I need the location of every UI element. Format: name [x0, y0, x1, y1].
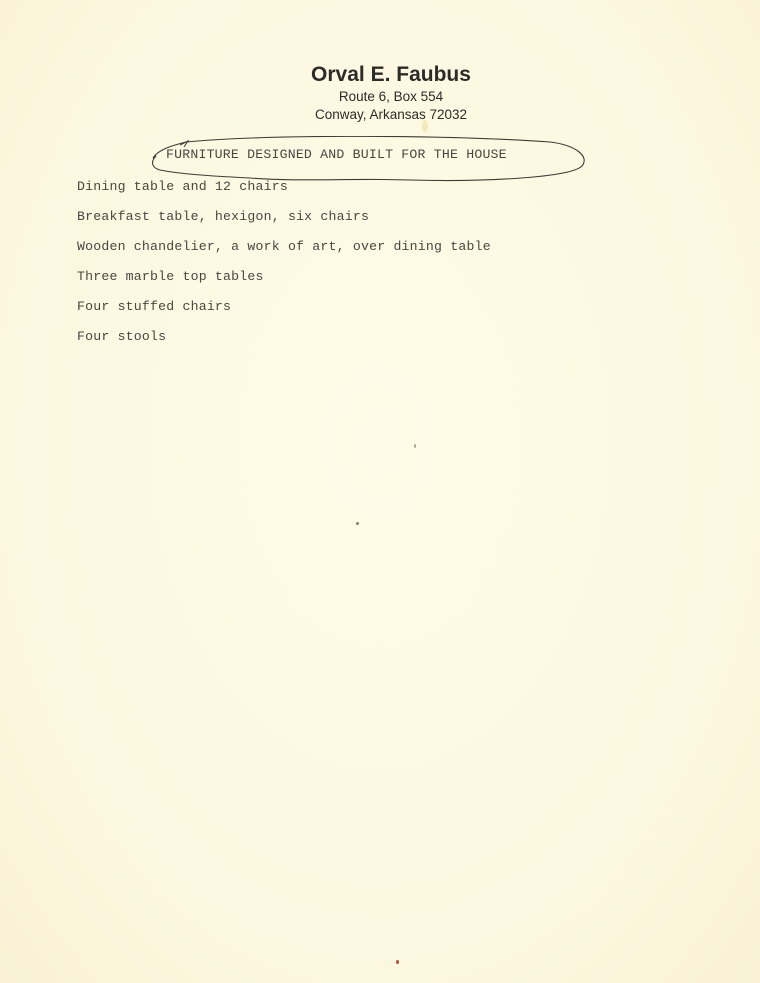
- list-item: Wooden chandelier, a work of art, over d…: [77, 238, 491, 268]
- document-page: Orval E. Faubus Route 6, Box 554 Conway,…: [0, 0, 760, 983]
- letterhead: Orval E. Faubus Route 6, Box 554 Conway,…: [0, 62, 760, 124]
- letterhead-address-line2: Conway, Arkansas 72032: [0, 106, 760, 124]
- document-heading-block: FURNITURE DESIGNED AND BUILT FOR THE HOU…: [150, 136, 590, 184]
- paper-stain: [422, 120, 428, 132]
- list-item: Breakfast table, hexigon, six chairs: [77, 208, 491, 238]
- paper-speck: [396, 960, 399, 964]
- document-heading: FURNITURE DESIGNED AND BUILT FOR THE HOU…: [166, 147, 507, 162]
- paper-speck: [356, 522, 359, 525]
- furniture-list: Dining table and 12 chairs Breakfast tab…: [77, 178, 491, 358]
- letterhead-name: Orval E. Faubus: [0, 62, 760, 88]
- list-item: Three marble top tables: [77, 268, 491, 298]
- paper-speck: [414, 444, 416, 448]
- list-item: Dining table and 12 chairs: [77, 178, 491, 208]
- list-item: Four stools: [77, 328, 491, 358]
- list-item: Four stuffed chairs: [77, 298, 491, 328]
- letterhead-address-line1: Route 6, Box 554: [0, 88, 760, 106]
